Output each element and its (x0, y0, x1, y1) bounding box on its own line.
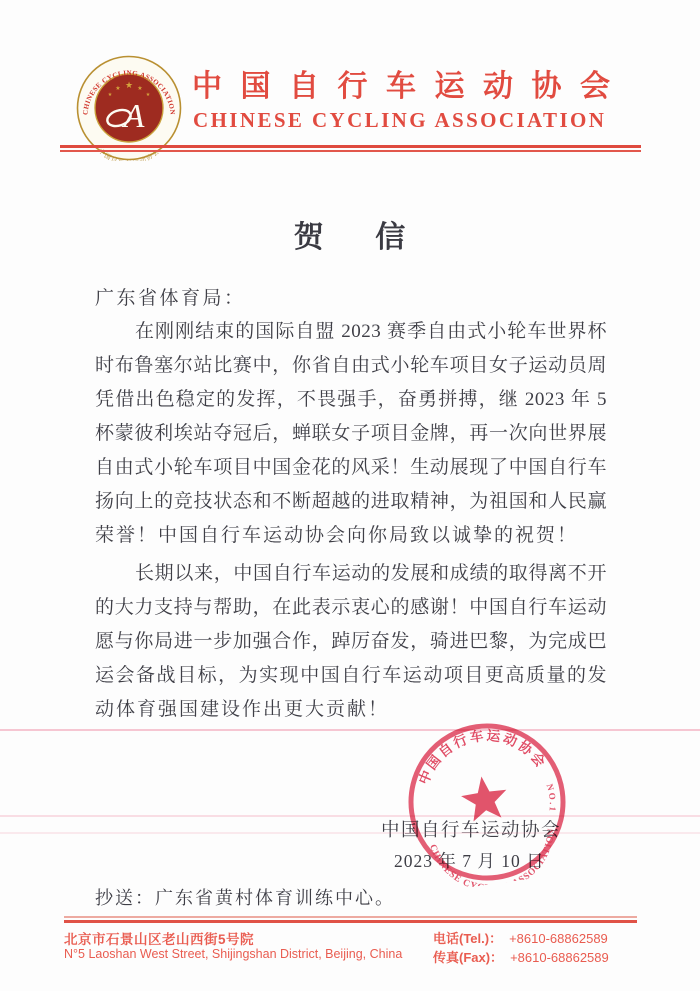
fax-value: +8610-68862589 (510, 950, 609, 965)
letter-title: 贺 信 (0, 212, 700, 256)
body-line: 扬向上的竞技状态和不断超越的进取精神，为祖国和人民赢得了 (95, 485, 607, 519)
svg-text:★: ★ (125, 81, 133, 91)
org-name-english: CHINESE CYCLING ASSOCIATION (193, 106, 633, 134)
fax-label: 传真(Fax)： (433, 950, 503, 965)
svg-text:★: ★ (115, 85, 120, 92)
body-line: 长期以来，中国自行车运动的发展和成绩的取得离不开你局 (95, 557, 607, 591)
body-line: 在刚刚结束的国际自盟 2023 赛季自由式小轮车世界杯比利 (95, 315, 607, 349)
body-paragraph-1: 在刚刚结束的国际自盟 2023 赛季自由式小轮车世界杯比利 时布鲁塞尔站比赛中，… (95, 315, 607, 553)
footer-telephone: 电话(Tel.)：+8610-68862589 (433, 928, 608, 947)
body-line: 自由式小轮车项目中国金花的风采！生动展现了中国自行车人昂 (95, 451, 607, 485)
body-line: 杯蒙彼利埃站夺冠后，蝉联女子项目金牌，再一次向世界展示了 (95, 417, 607, 451)
body-line: 愿与你局进一步加强合作，踔厉奋发，骑进巴黎，为完成巴黎奥 (95, 625, 607, 659)
footer-fax: 传真(Fax)：+8610-68862589 (433, 947, 609, 966)
header-rule-thin (60, 150, 641, 152)
footer-rule-thin (64, 916, 637, 918)
body-line: 荣誉！中国自行车运动协会向你局致以诚挚的祝贺！ (95, 519, 607, 553)
seal-text-side: NO.1 (543, 783, 559, 815)
signature-line: 中国自行车运动协会 (381, 816, 561, 842)
tel-value: +8610-68862589 (509, 931, 608, 946)
body-line: 凭借出色稳定的发挥，不畏强手，奋勇拼搏，继 2023 年 5 月世界 (95, 383, 607, 417)
body-line: 运会备战目标，为实现中国自行车运动项目更高质量的发展，推 (95, 659, 607, 693)
body-line: 动体育强国建设作出更大贡献！ (95, 693, 607, 727)
scan-artifact-line (0, 815, 700, 817)
scan-artifact-line (0, 729, 700, 731)
tel-label: 电话(Tel.)： (433, 931, 502, 946)
body-line: 时布鲁塞尔站比赛中，你省自由式小轮车项目女子运动员周惠敏 (95, 349, 607, 383)
footer-rule-thick (64, 920, 637, 923)
footer-address-english: N°5 Laoshan West Street, Shijingshan Dis… (64, 947, 402, 961)
body-line: 的大力支持与帮助，在此表示衷心的感谢！中国自行车运动协会 (95, 591, 607, 625)
footer-address-chinese: 北京市石景山区老山西街5号院 (64, 928, 254, 948)
body-paragraph-2: 长期以来，中国自行车运动的发展和成绩的取得离不开你局 的大力支持与帮助，在此表示… (95, 557, 607, 727)
svg-text:★: ★ (108, 92, 113, 98)
org-name-chinese: 中 国 自 行 车 运 动 协 会 (192, 68, 632, 106)
scan-artifact-line (0, 832, 700, 834)
letter-page: CHINESE CYCLING ASSOCIATION 中国自行车运动协会 ★ … (0, 0, 700, 991)
header-rule-thick (60, 145, 641, 148)
svg-text:★: ★ (146, 92, 151, 98)
recipient-line: 广东省体育局： (95, 283, 246, 310)
svg-text:A: A (122, 98, 145, 135)
cc-line: 抄送：广东省黄村体育训练中心。 (95, 884, 395, 910)
date-line: 2023 年 7 月 10 日 (394, 848, 545, 873)
svg-text:★: ★ (137, 85, 142, 92)
